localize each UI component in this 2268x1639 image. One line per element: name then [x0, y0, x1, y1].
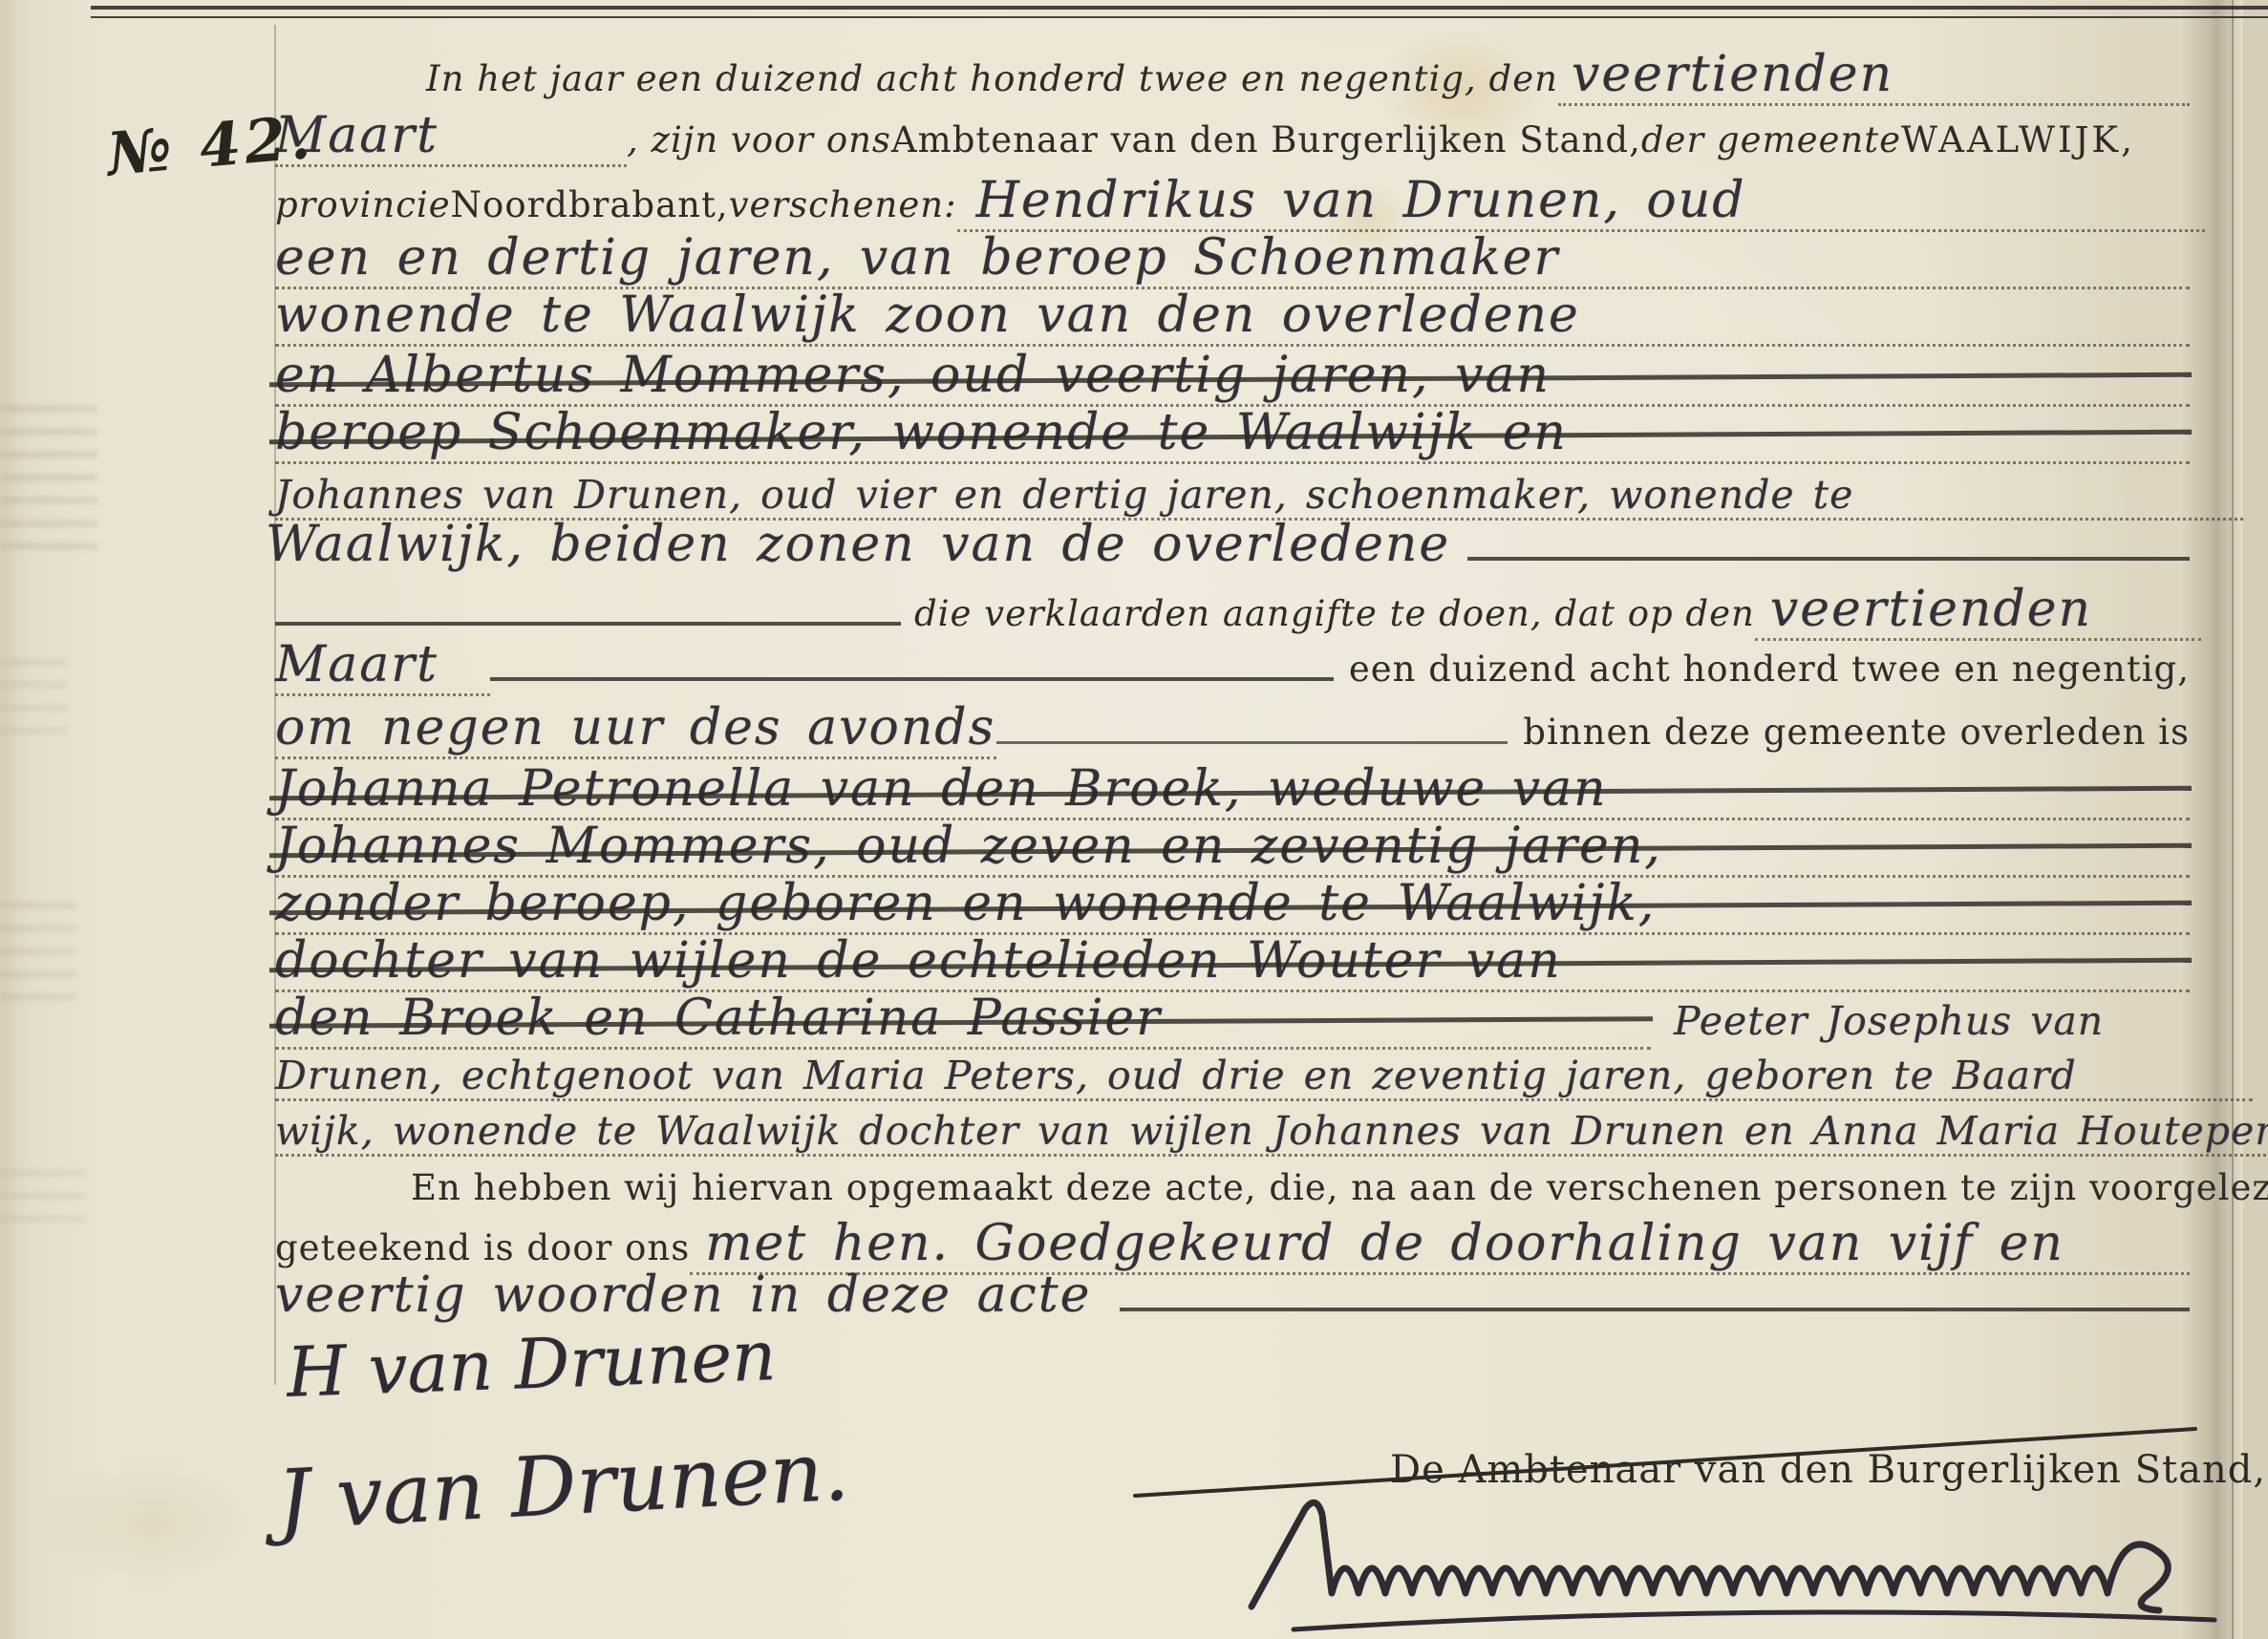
- handwritten-text: wonende te Waalwijk zoon van den overled…: [275, 287, 1580, 344]
- death-certificate-page: № 42. In het jaar een duizend acht honde…: [0, 0, 2268, 1639]
- act-line-words-struck-count: veertig woorden in deze acte: [275, 1266, 2190, 1324]
- struck-fill-in: en Albertus Mommers, oud veertig jaren, …: [275, 347, 2190, 407]
- handwritten-struck-text: beroep Schoenmaker, wonende te Waalwijk …: [275, 404, 1568, 461]
- blank-rule: [996, 734, 1508, 744]
- printed-text: En hebben wij hiervan opgemaakt deze act…: [411, 1167, 2268, 1208]
- blank-rule: [275, 614, 901, 626]
- struck-fill-in: Johanna Petronella van den Broek, weduwe…: [275, 760, 2190, 820]
- handwritten-time: om negen uur des avonds: [275, 699, 995, 756]
- top-rule: [91, 6, 2268, 10]
- act-line-declaration: die verklaarden aangifte te doen, dat op…: [275, 581, 2201, 641]
- paper-stain: [38, 1452, 267, 1595]
- printed-text: , zijn voor ons: [627, 119, 891, 160]
- struck-fill-in: zonder beroep, geboren en wonende te Waa…: [275, 875, 2190, 935]
- fill-in-day: veertienden: [1755, 581, 2201, 641]
- blank-rule: [1120, 1300, 2190, 1311]
- officer-caption: De Ambtenaar van den Burgerlijken Stand,: [1390, 1448, 2266, 1492]
- blank-rule: [490, 670, 1334, 681]
- act-line-month-officials: Maart , zijn voor ons Ambtenaar van den …: [275, 107, 2190, 167]
- handwritten-added-text: Peeter Josephus van: [1674, 998, 2104, 1044]
- printed-text: der gemeente: [1641, 119, 1901, 160]
- handwritten-text: Johannes van Drunen, oud vier en dertig …: [275, 472, 1853, 518]
- blank-rule: [1467, 549, 2190, 561]
- handwritten-text: Drunen, echtgenoot van Maria Peters, oud…: [275, 1053, 2077, 1098]
- ink-bleed-through: [2, 406, 97, 564]
- handwritten-day: veertienden: [1572, 46, 1894, 103]
- printed-text: die verklaarden aangifte te doen, dat op…: [914, 593, 1755, 634]
- handwritten-struck-text: zonder beroep, geboren en wonende te Waa…: [275, 875, 1656, 932]
- handwritten-declarant1: Hendrikus van Drunen, oud: [976, 172, 1746, 229]
- handwritten-month: Maart: [275, 636, 439, 693]
- handwritten-struck-text: dochter van wijlen de echtelieden Wouter…: [275, 932, 1562, 990]
- ink-bleed-through: [0, 903, 76, 1008]
- printed-text: In het jaar een duizend acht honderd twe…: [426, 58, 1558, 99]
- fill-in: wijk, wonende te Waalwijk dochter van wi…: [275, 1108, 2268, 1157]
- printed-text: binnen deze gemeente overleden is: [1523, 712, 2190, 753]
- handwritten-struck-text: den Broek en Catharina Passier: [275, 990, 1162, 1047]
- handwritten-day: veertienden: [1770, 581, 2092, 638]
- municipality-name: WAALWIJK,: [1901, 119, 2135, 160]
- handwritten-text: wijk, wonende te Waalwijk dochter van wi…: [275, 1108, 2268, 1154]
- act-line-struck-declarant2b: beroep Schoenmaker, wonende te Waalwijk …: [275, 404, 2190, 464]
- page-crease-line: [2232, 0, 2234, 1639]
- printed-text: verschenen:: [729, 184, 957, 225]
- fill-in: Drunen, echtgenoot van Maria Peters, oud…: [275, 1053, 2253, 1101]
- fill-in-month: Maart: [275, 636, 490, 696]
- handwritten-struck-text: Johanna Petronella van den Broek, weduwe…: [275, 760, 1608, 818]
- fill-in-month: Maart: [275, 107, 627, 167]
- handwritten-approval2: veertig woorden in deze acte: [275, 1266, 1091, 1324]
- handwritten-text: een en dertig jaren, van beroep Schoenma…: [275, 229, 1559, 287]
- handwritten-text: Waalwijk, beiden zonen van de overledene: [266, 516, 1450, 573]
- printed-text: provincie: [275, 184, 451, 225]
- struck-fill-in: beroep Schoenmaker, wonende te Waalwijk …: [275, 404, 2190, 464]
- printed-text: geteekend is door ons: [275, 1227, 690, 1268]
- handwritten-struck-text: Johannes Mommers, oud zeven en zeventig …: [275, 818, 1662, 875]
- act-line-struck-declarant2: en Albertus Mommers, oud veertig jaren, …: [275, 347, 2190, 407]
- act-line-struck-deceased-widow: Johannes Mommers, oud zeven en zeventig …: [275, 818, 2190, 878]
- fill-in-declarant: Hendrikus van Drunen, oud: [957, 172, 2205, 232]
- top-rule-thin: [91, 16, 2268, 18]
- act-line-struck-deceased-birth: zonder beroep, geboren en wonende te Waa…: [275, 875, 2190, 935]
- fill-in-day: veertienden: [1558, 46, 2190, 106]
- act-line-declarant1-residence: wonende te Waalwijk zoon van den overled…: [275, 287, 2190, 347]
- handwritten-approval: met hen. Goedgekeurd de doorhaling van v…: [705, 1215, 2065, 1272]
- struck-fill-in: Johannes Mommers, oud zeven en zeventig …: [275, 818, 2190, 878]
- printed-text: Noordbrabant,: [451, 184, 729, 225]
- act-line-struck-deceased-parents: dochter van wijlen de echtelieden Wouter…: [275, 932, 2190, 992]
- struck-fill-in: den Broek en Catharina Passier: [275, 990, 1651, 1050]
- act-line-sons-of-deceased: Waalwijk, beiden zonen van de overledene: [266, 516, 2190, 573]
- witness2-signature: J van Drunen.: [275, 1423, 851, 1548]
- fill-in: een en dertig jaren, van beroep Schoenma…: [275, 229, 2190, 289]
- officer-signature: [1232, 1490, 2245, 1638]
- act-line-death-time: om negen uur des avonds binnen deze geme…: [275, 699, 2190, 759]
- act-line-deceased-details: Drunen, echtgenoot van Maria Peters, oud…: [275, 1053, 2253, 1101]
- act-line-correction-start: den Broek en Catharina Passier Peeter Jo…: [275, 990, 2243, 1050]
- witness1-signature: H van Drunen: [286, 1315, 778, 1413]
- printed-text: Ambtenaar van den Burgerlijken Stand,: [891, 119, 1641, 160]
- act-line-closing: En hebben wij hiervan opgemaakt deze act…: [411, 1167, 2190, 1208]
- act-line-declarant3: Johannes van Drunen, oud vier en dertig …: [275, 472, 2243, 521]
- act-line-death-month: Maart een duizend acht honderd twee en n…: [275, 636, 2190, 696]
- ink-bleed-through: [0, 659, 67, 745]
- fill-in: Johannes van Drunen, oud vier en dertig …: [275, 472, 2243, 521]
- fill-in: wonende te Waalwijk zoon van den overled…: [275, 287, 2190, 347]
- handwritten-month: Maart: [275, 107, 439, 164]
- printed-text: een duizend acht honderd twee en negenti…: [1349, 649, 2190, 690]
- act-line-struck-deceased-name: Johanna Petronella van den Broek, weduwe…: [275, 760, 2190, 820]
- ink-bleed-through: [0, 1170, 86, 1227]
- fill-in-time: om negen uur des avonds: [275, 699, 996, 759]
- page-right-edge: [2243, 0, 2268, 1639]
- act-line-year: In het jaar een duizend acht honderd twe…: [426, 46, 2190, 106]
- handwritten-struck-text: en Albertus Mommers, oud veertig jaren, …: [275, 347, 1551, 404]
- act-line-deceased-parents: wijk, wonende te Waalwijk dochter van wi…: [275, 1108, 2253, 1157]
- struck-fill-in: dochter van wijlen de echtelieden Wouter…: [275, 932, 2190, 992]
- act-line-province-declarant1: provincie Noordbrabant, verschenen: Hend…: [275, 172, 2205, 232]
- act-line-declarant1-age: een en dertig jaren, van beroep Schoenma…: [275, 229, 2190, 289]
